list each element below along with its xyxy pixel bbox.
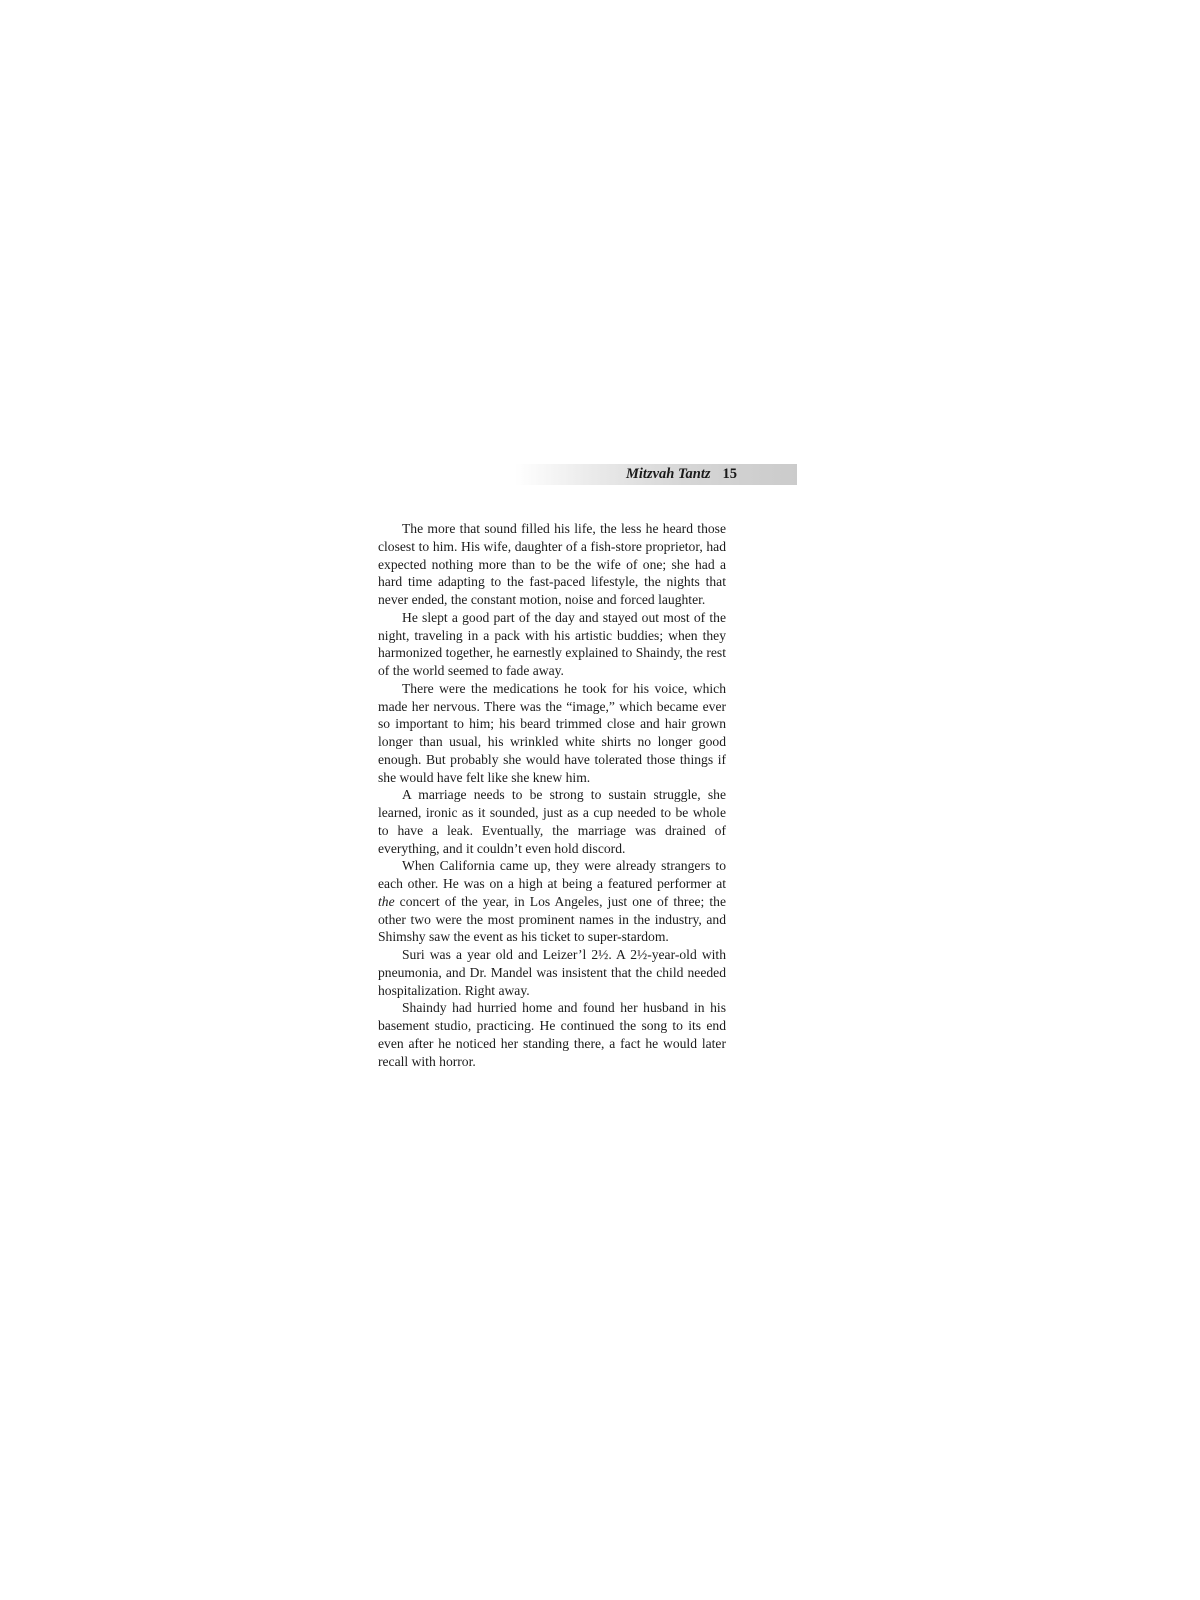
running-head-text: Mitzvah Tantz15 — [626, 464, 737, 485]
book-title: Mitzvah Tantz — [626, 466, 710, 482]
page-number: 15 — [723, 466, 738, 482]
paragraph: Suri was a year old and Leizer’l 2½. A 2… — [378, 946, 726, 999]
paragraph: He slept a good part of the day and stay… — [378, 609, 726, 680]
paragraph: There were the medications he took for h… — [378, 680, 726, 787]
body-text: The more that sound filled his life, the… — [378, 520, 726, 1070]
paragraph-text: When California came up, they were alrea… — [378, 858, 726, 891]
paragraph: Shaindy had hurried home and found her h… — [378, 999, 726, 1070]
paragraph: The more that sound filled his life, the… — [378, 520, 726, 609]
running-head: Mitzvah Tantz15 — [515, 464, 797, 485]
paragraph: A marriage needs to be strong to sustain… — [378, 786, 726, 857]
emphasized-word: the — [378, 894, 395, 909]
paragraph-text: concert of the year, in Los Angeles, jus… — [378, 894, 726, 945]
paragraph: When California came up, they were alrea… — [378, 857, 726, 946]
